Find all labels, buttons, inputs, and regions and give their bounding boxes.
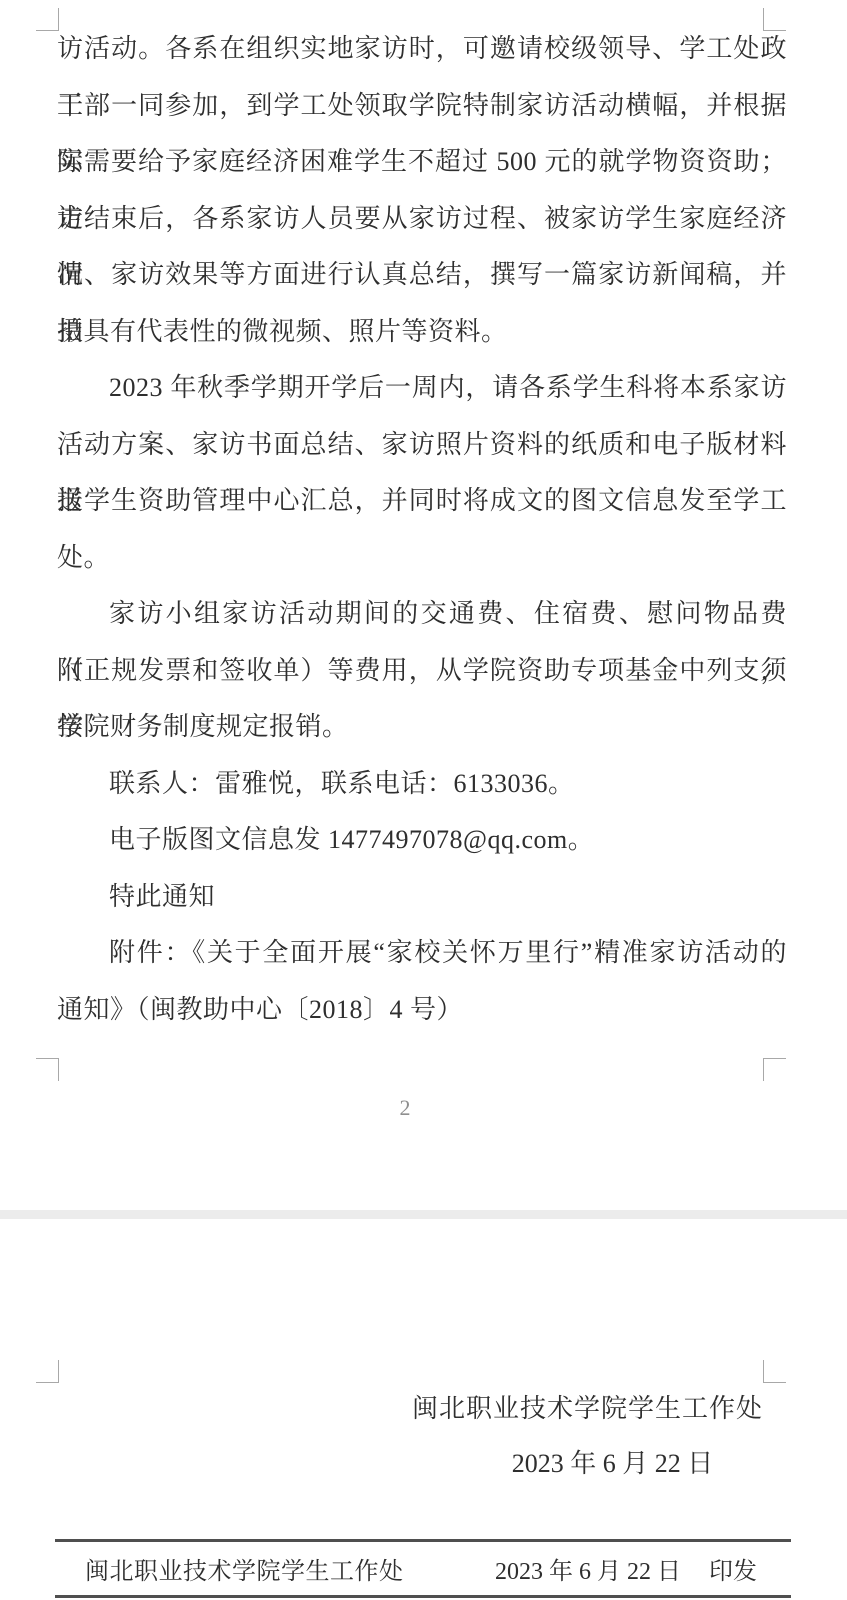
footer-separator-bottom (55, 1595, 791, 1598)
document-text-line: 通知》（闽教助中心〔2018〕4 号） (57, 982, 787, 1039)
margin-corner-mark-top-left (36, 1360, 59, 1383)
margin-corner-mark-top-right (763, 1360, 786, 1383)
document-text-line: 送学生资助管理中心汇总，并同时将成文的图文信息发至学工 (57, 473, 787, 530)
printing-footer: 闽北职业技术学院学生工作处 2023 年 6 月 22 日 印发 (55, 1551, 791, 1593)
document-text-line: 电子版图文信息发 1477497078@qq.com。 (57, 812, 787, 869)
document-text-line: 2023 年秋季学期开学后一周内，请各系学生科将本系家访 (57, 360, 787, 417)
document-text-line: 访结束后，各系家访人员要从家访过程、被家访学生家庭经济情 (57, 191, 787, 248)
margin-corner-mark-top-left (36, 8, 59, 31)
document-text-line: 特此通知 (57, 869, 787, 926)
document-body-text: 访活动。各系在组织实地家访时，可邀请校级领导、学工处政工干部一同参加，到学工处领… (57, 21, 787, 1038)
margin-corner-mark-bottom-right (763, 1058, 786, 1081)
document-text-line: 访活动。各系在组织实地家访时，可邀请校级领导、学工处政工 (57, 21, 787, 78)
document-text-line: 活动方案、家访书面总结、家访照片资料的纸质和电子版材料报 (57, 417, 787, 474)
page-number: 2 (0, 1095, 810, 1121)
page-1: 访活动。各系在组织实地家访时，可邀请校级领导、学工处政工干部一同参加，到学工处领… (0, 0, 847, 1210)
document-viewer: 访活动。各系在组织实地家访时，可邀请校级领导、学工处政工干部一同参加，到学工处领… (0, 0, 847, 1600)
document-text-line: 学院财务制度规定报销。 (57, 699, 787, 756)
document-text-line: 家访小组家访活动期间的交通费、住宿费、慰问物品费（须 (57, 586, 787, 643)
footer-date-group: 2023 年 6 月 22 日 印发 (495, 1551, 757, 1593)
document-text-line: 处。 (57, 530, 787, 587)
footer-separator-top (55, 1539, 791, 1542)
document-text-line: 联系人：雷雅悦，联系电话：6133036。 (57, 756, 787, 813)
page-gap (0, 1210, 847, 1219)
signature-org: 闽北职业技术学院学生工作处 (412, 1388, 763, 1425)
footer-date: 2023 年 6 月 22 日 (495, 1551, 681, 1593)
footer-action: 印发 (709, 1551, 757, 1593)
document-text-line: 附件：《关于全面开展“家校关怀万里行”精准家访活动的 (57, 925, 787, 982)
document-text-line: 际需要给予家庭经济困难学生不超过 500 元的就学物资资助；走 (57, 134, 787, 191)
document-text-line: 摄具有代表性的微视频、照片等资料。 (57, 304, 787, 361)
document-text-line: 干部一同参加，到学工处领取学院特制家访活动横幅，并根据实 (57, 78, 787, 135)
margin-corner-mark-bottom-left (36, 1058, 59, 1081)
footer-issuer: 闽北职业技术学院学生工作处 (85, 1551, 404, 1593)
document-text-line: 况、家访效果等方面进行认真总结，撰写一篇家访新闻稿，并拍 (57, 247, 787, 304)
signature-date: 2023 年 6 月 22 日 (465, 1443, 760, 1480)
document-text-line: 附正规发票和签收单）等费用，从学院资助专项基金中列支，按 (57, 643, 787, 700)
